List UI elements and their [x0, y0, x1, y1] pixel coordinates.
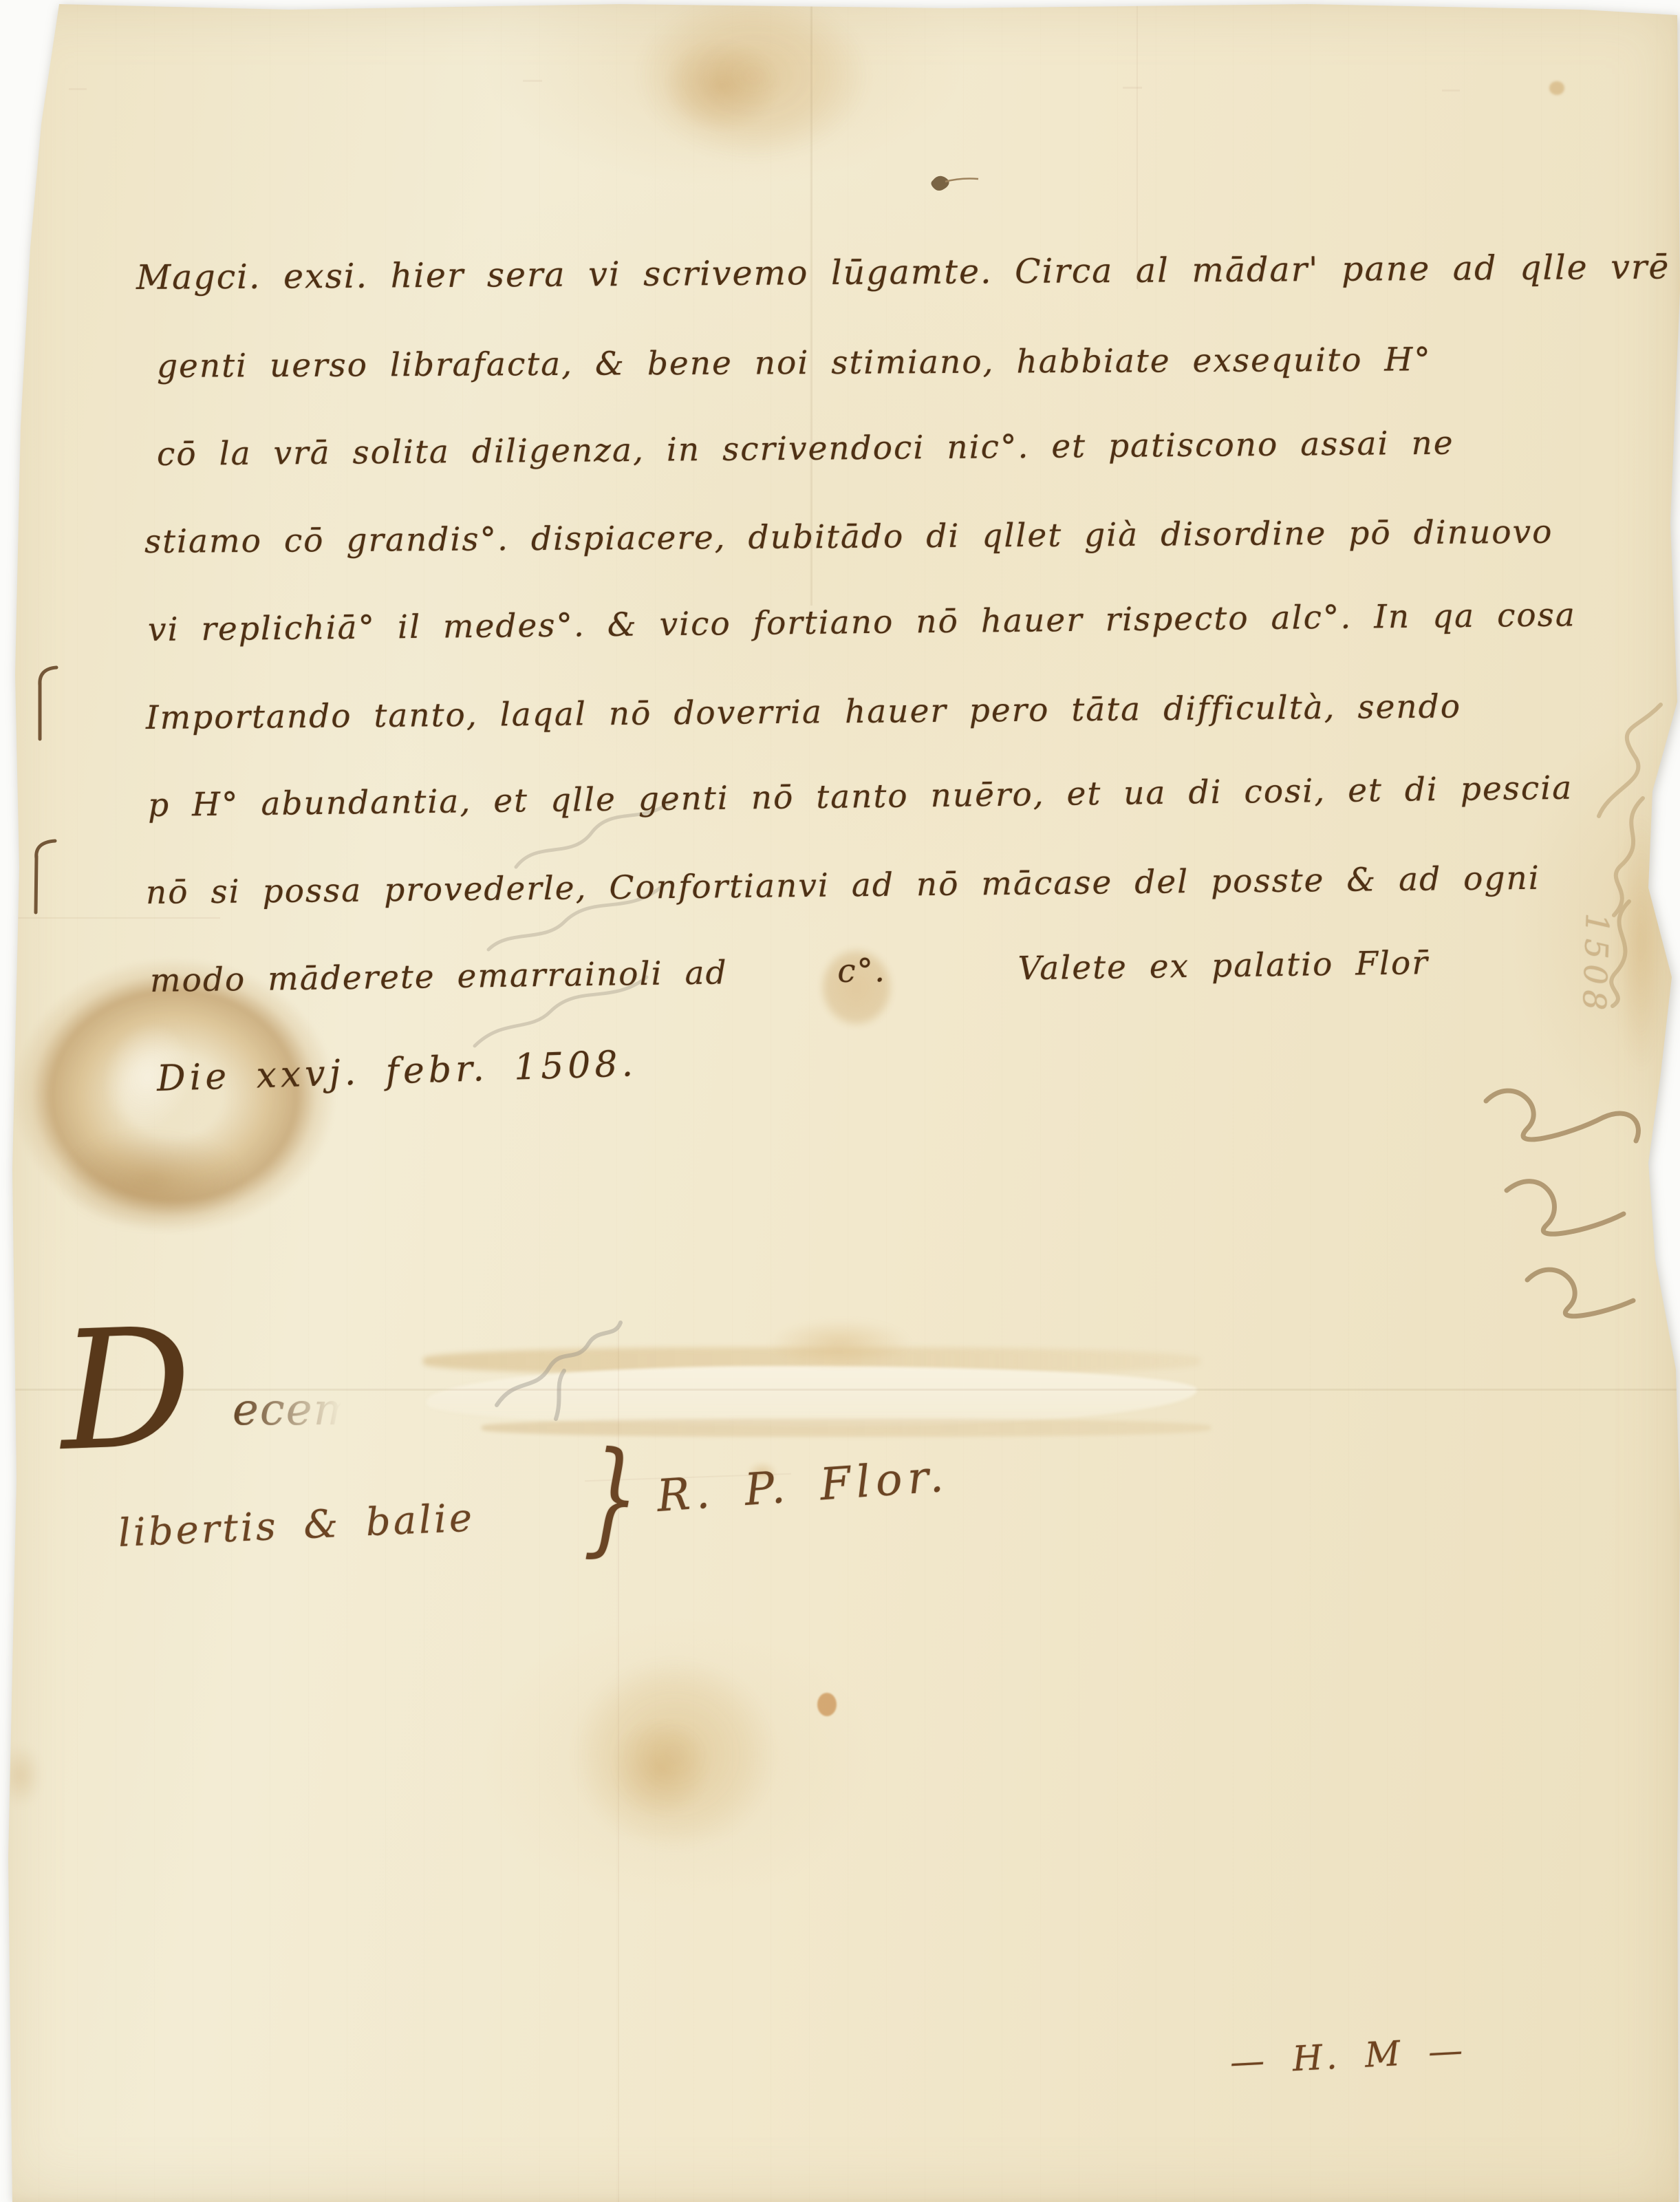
water-stain-top-mottle	[640, 21, 805, 151]
letter-paper: 1508 Magci. exsi. hier sera vi scrivemo …	[0, 0, 1680, 2202]
small-spot-top-right	[1549, 81, 1564, 95]
stain-above-abrasion	[743, 1311, 936, 1376]
top-edge-nick-right	[1442, 89, 1460, 92]
fold-crease-vertical-faint	[1137, 0, 1138, 289]
water-stain-lower-mottle	[592, 1700, 729, 1837]
ink-showthrough-center	[385, 778, 757, 1080]
top-edge-nick-mid2	[1123, 87, 1142, 89]
margin-bracket-ink-mark-lower	[26, 834, 61, 917]
fold-crease-horizontal-faint	[0, 917, 220, 919]
top-edge-nick-mid	[523, 80, 542, 82]
body-line: genti uerso librafacta, & bene noi stimi…	[157, 341, 1432, 385]
docket-large-initial: D	[58, 1306, 196, 1475]
small-hole-spot	[920, 168, 982, 195]
margin-bracket-ink-mark-upper	[29, 662, 63, 745]
manuscript-photo: 1508 Magci. exsi. hier sera vi scrivemo …	[0, 0, 1680, 2202]
pencil-inscription-ghost	[473, 1302, 638, 1433]
ink-showthrough-right-lower	[1465, 1060, 1658, 1335]
docket-initial-tail: ecem	[233, 1385, 356, 1435]
round-stain-dark-rim	[28, 1115, 275, 1246]
paper-shadow-wrap: 1508 Magci. exsi. hier sera vi scrivemo …	[0, 0, 1680, 2202]
top-edge-nick-left	[69, 88, 87, 90]
small-spot-right-lower	[817, 1693, 837, 1716]
docket-brace: }	[583, 1425, 644, 1571]
showthrough-year: 1508	[1575, 912, 1616, 1016]
fold-crease-vertical-top	[810, 0, 812, 606]
